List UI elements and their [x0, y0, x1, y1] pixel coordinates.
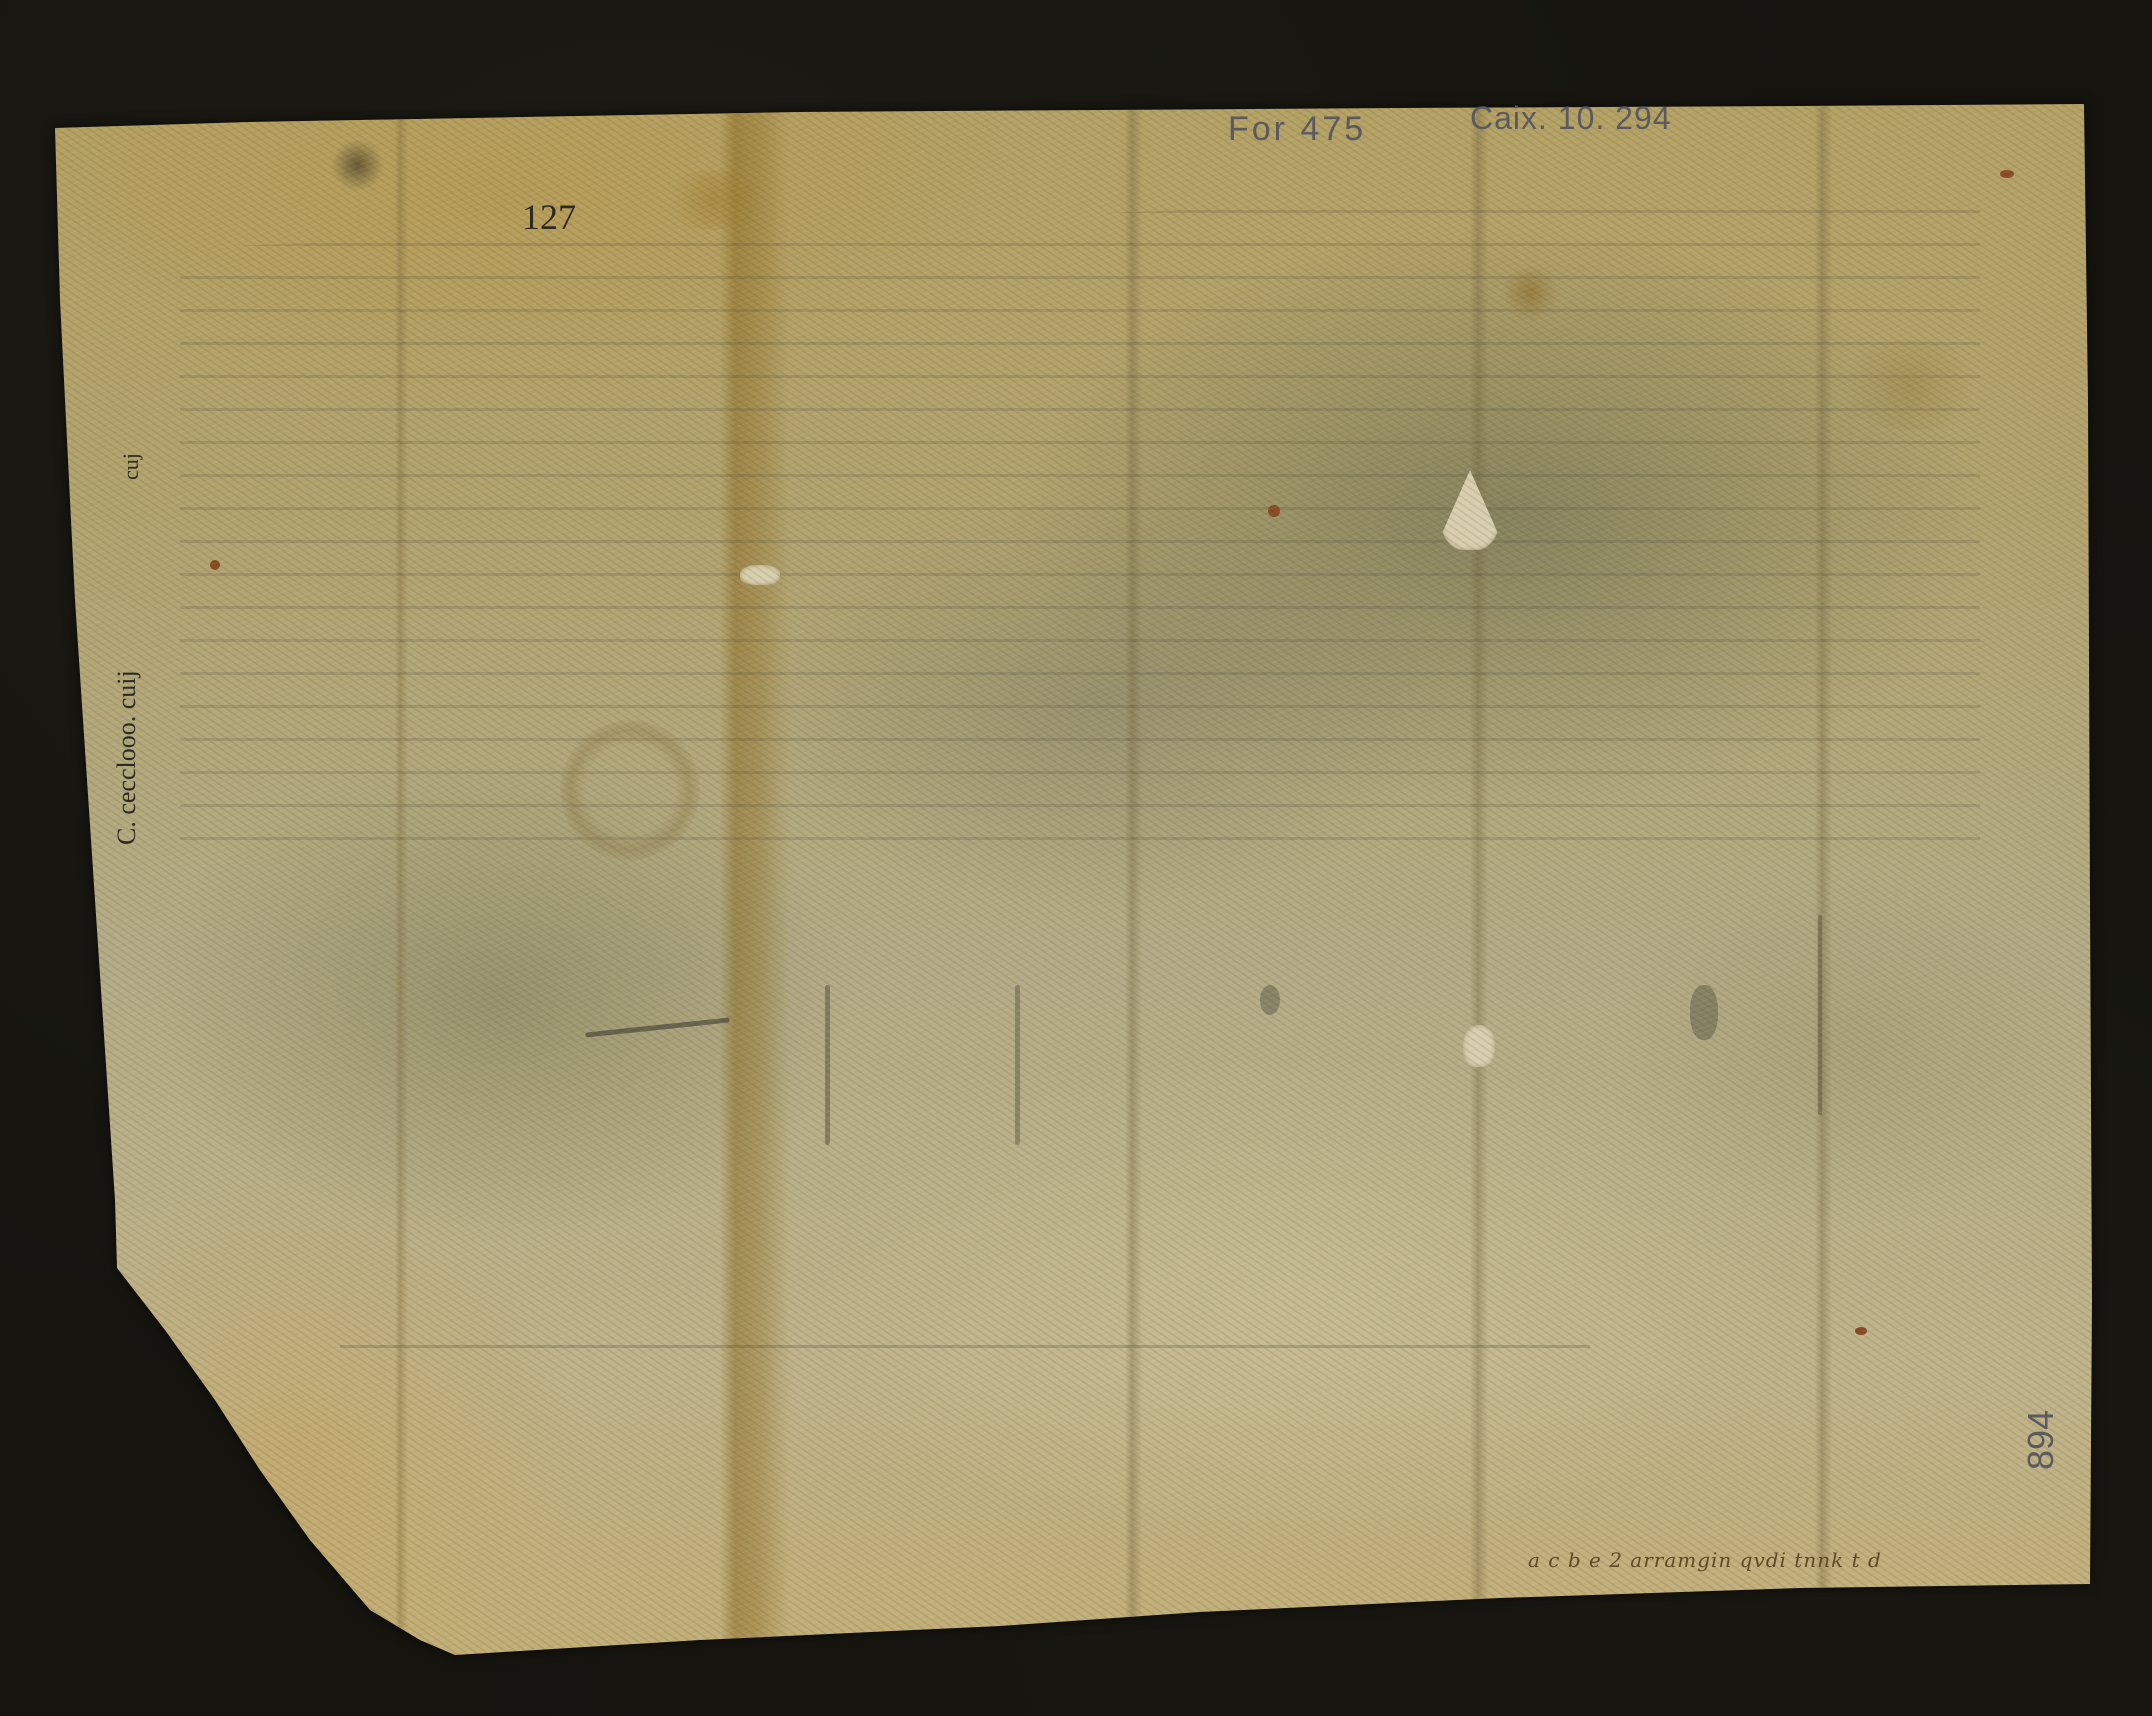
- signum-mark-2: [825, 985, 830, 1145]
- show-through-text: [180, 180, 1980, 860]
- right-edge-number: 894: [2020, 1410, 2062, 1470]
- parchment-surface: [0, 0, 2152, 1716]
- left-margin-note-top: cuj: [118, 453, 144, 480]
- show-through-bottom-line: [340, 1345, 1590, 1348]
- hole-lower: [1463, 1025, 1495, 1067]
- stain-right-mottle: [1830, 340, 1990, 430]
- shelfmark-caix: Caix. 10. 294: [1470, 100, 1672, 137]
- signum-mark-3: [1015, 985, 1020, 1145]
- stain-center-ring: [560, 720, 700, 860]
- stain-top-left: [330, 140, 385, 190]
- folio-number: 127: [522, 196, 576, 238]
- hole-left: [740, 565, 780, 585]
- stain-red-dots-top-right: [2000, 170, 2014, 178]
- stain-red-dot-1: [1268, 505, 1280, 517]
- signum-mark-4: [1260, 985, 1280, 1015]
- shelfmark-for: For 475: [1228, 110, 1366, 149]
- signum-mark-6: [1818, 915, 1822, 1115]
- signum-mark-5: [1690, 985, 1718, 1040]
- stain-red-dot-3: [1855, 1327, 1867, 1335]
- stain-red-dot-2: [210, 560, 220, 570]
- parchment-document: 127 For 475 Caix. 10. 294 894 cuj C. cec…: [0, 0, 2152, 1716]
- bottom-endorsement: a c b e 2 arramgin qvdi tnnk t d: [1528, 1548, 1882, 1572]
- stain-upper-right: [1500, 265, 1560, 320]
- left-margin-note-vertical: C. cecclooo. cuij: [112, 670, 142, 845]
- signum-mark-1: [585, 1017, 730, 1037]
- stain-top-middle: [660, 170, 770, 230]
- hole-triangle: [1440, 470, 1500, 550]
